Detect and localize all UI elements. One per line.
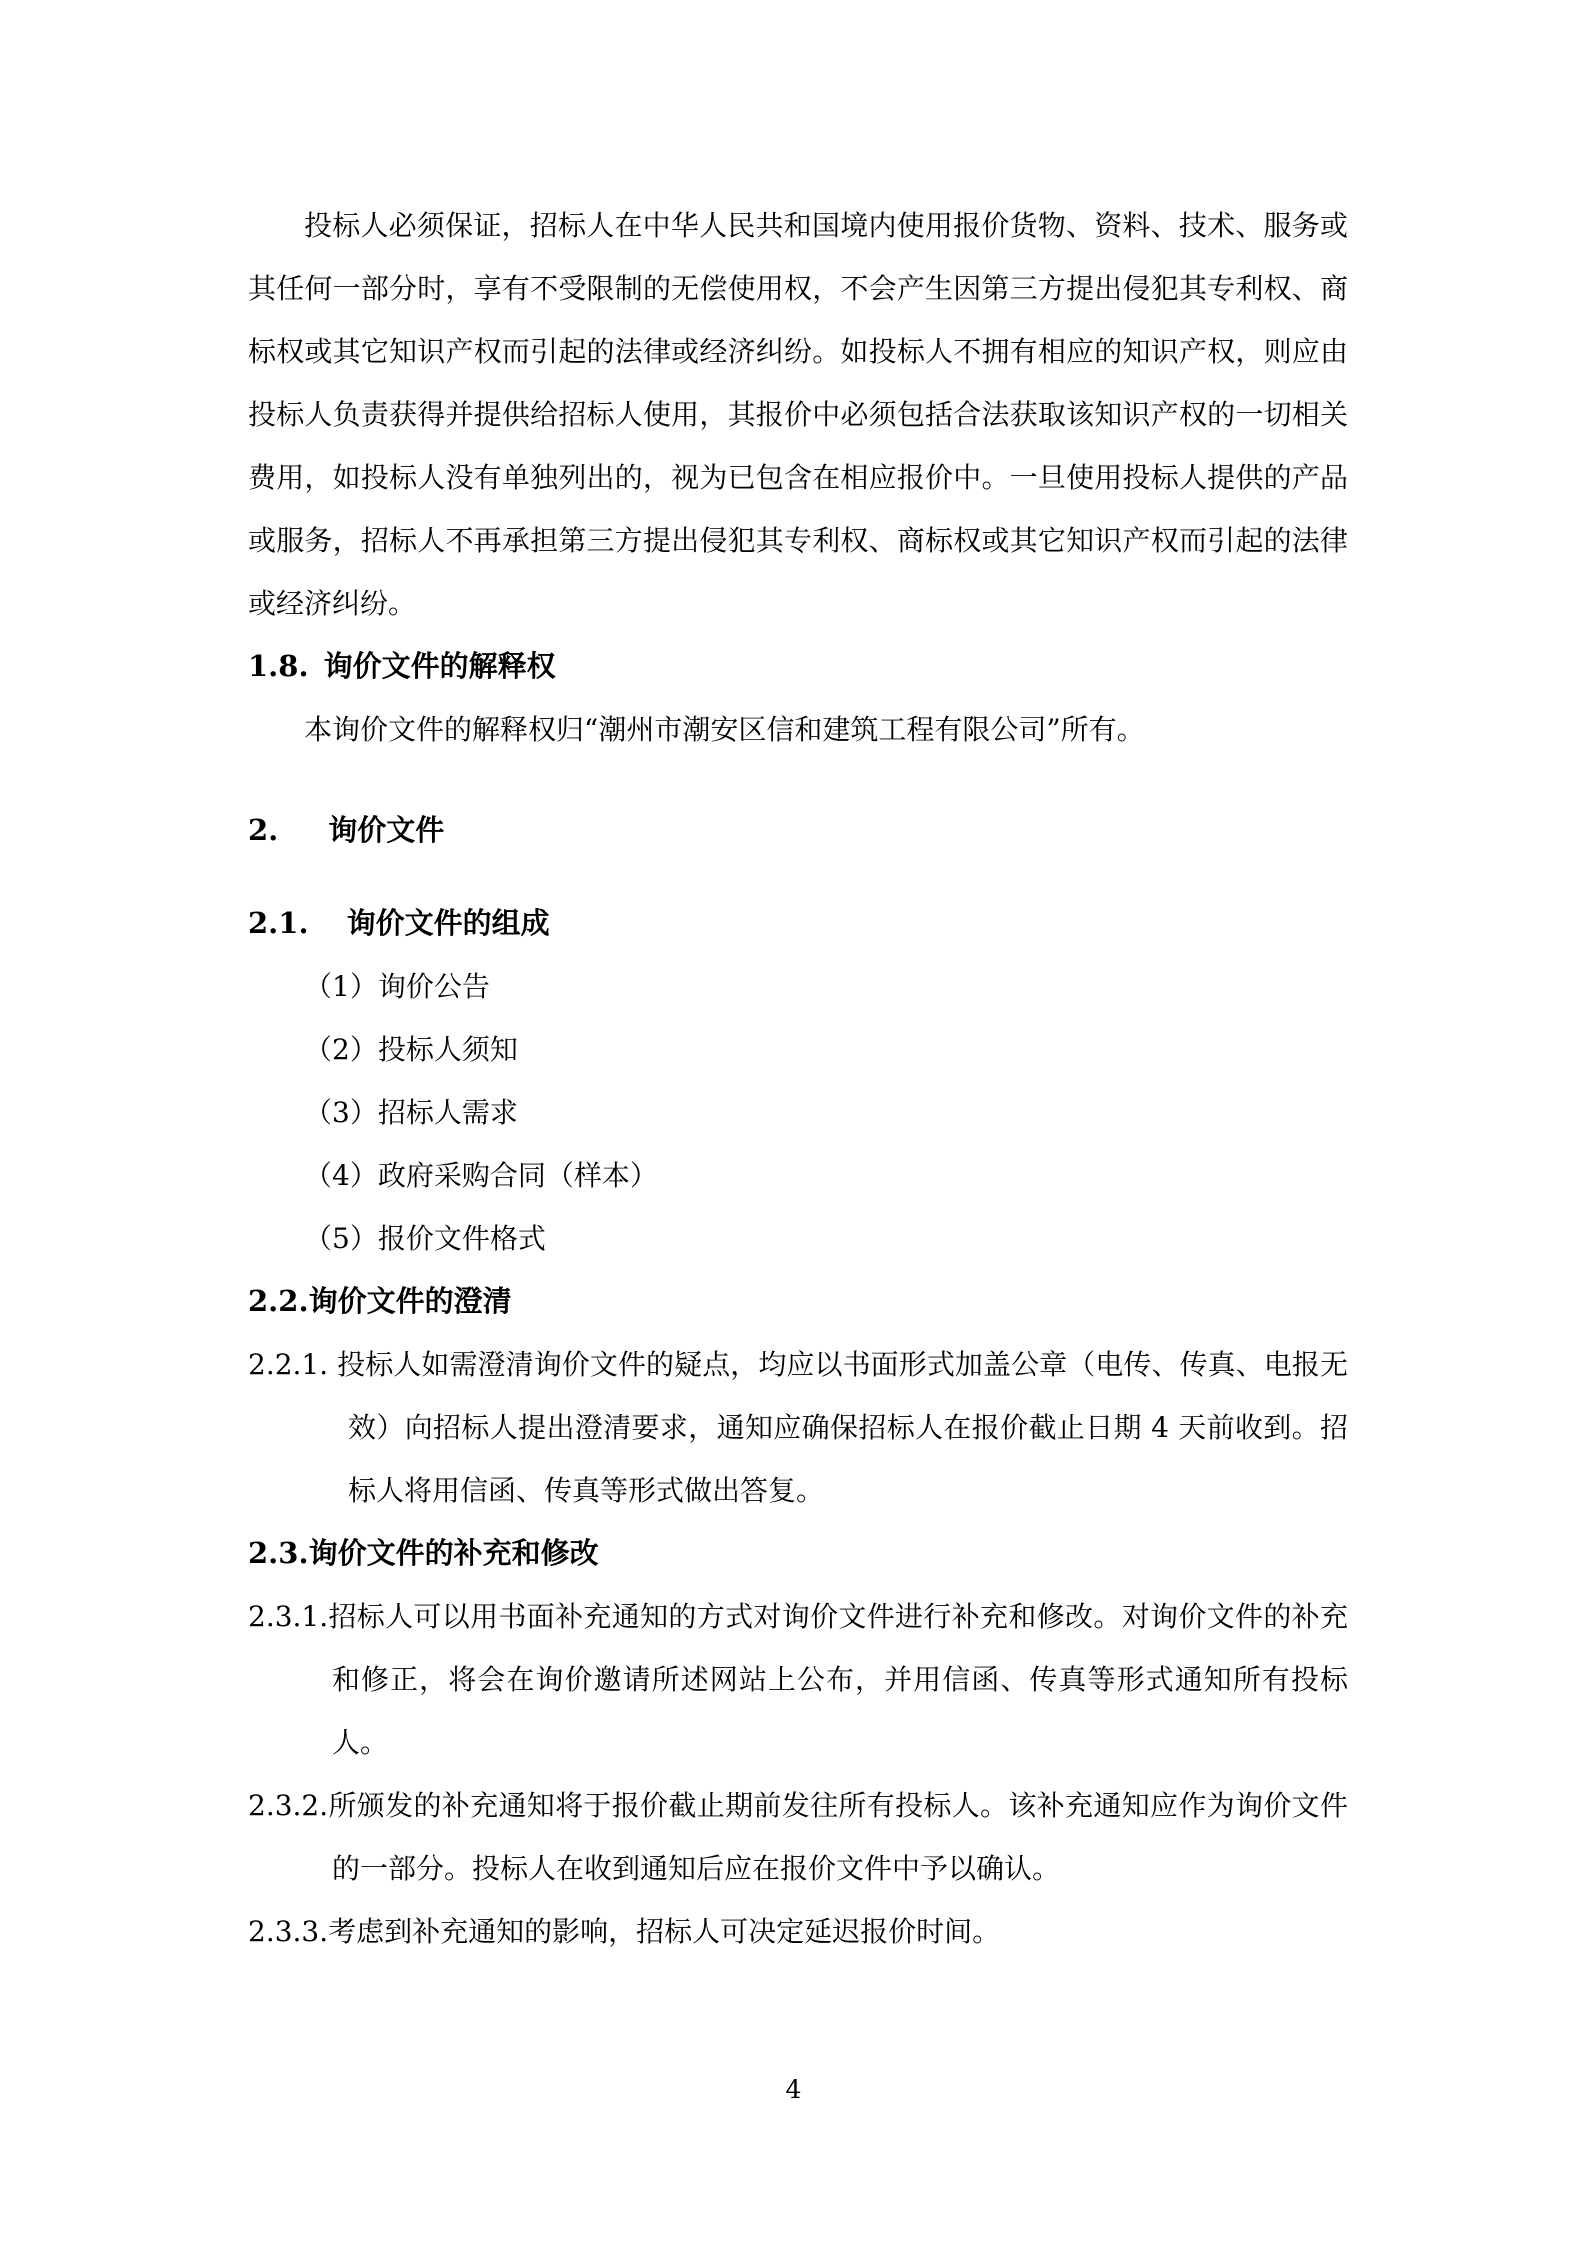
- heading-2-2-number: 2.2.: [248, 1284, 309, 1318]
- clause-2-2-1: 2.2.1. 投标人如需澄清询价文件的疑点，均应以书面形式加盖公章（电传、传真、…: [248, 1333, 1348, 1522]
- heading-2-1-number: 2.1.: [248, 906, 309, 940]
- heading-1-8-title: 询价文件的解释权: [324, 649, 556, 683]
- clause-2-3-3: 2.3.3.考虑到补充通知的影响，招标人可决定延迟报价时间。: [248, 1900, 1348, 1963]
- intro-paragraph: 投标人必须保证，招标人在中华人民共和国境内使用报价货物、资料、技术、服务或其任何…: [248, 194, 1348, 635]
- heading-2-2: 2.2.询价文件的澄清: [248, 1270, 1348, 1333]
- heading-2-1: 2.1.询价文件的组成: [248, 892, 1348, 955]
- heading-1-8-number: 1.8.: [248, 649, 309, 683]
- list-item-inquiry-notice: （1）询价公告: [248, 955, 1348, 1018]
- heading-2: 2.询价文件: [248, 799, 1348, 862]
- paragraph-1-8-body: 本询价文件的解释权归“潮州市潮安区信和建筑工程有限公司”所有。: [248, 698, 1348, 761]
- document-page: 投标人必须保证，招标人在中华人民共和国境内使用报价货物、资料、技术、服务或其任何…: [0, 0, 1587, 2245]
- list-item-bidder-instructions: （2）投标人须知: [248, 1018, 1348, 1081]
- heading-2-1-title: 询价文件的组成: [347, 906, 550, 940]
- clause-2-3-2: 2.3.2.所颁发的补充通知将于报价截止期前发往所有投标人。该补充通知应作为询价…: [248, 1774, 1348, 1900]
- list-item-contract-sample: （4）政府采购合同（样本）: [248, 1144, 1348, 1207]
- document-body: 投标人必须保证，招标人在中华人民共和国境内使用报价货物、资料、技术、服务或其任何…: [248, 194, 1348, 1963]
- heading-2-3: 2.3.询价文件的补充和修改: [248, 1522, 1348, 1585]
- heading-1-8: 1.8.询价文件的解释权: [248, 635, 1348, 698]
- clause-2-3-1: 2.3.1.招标人可以用书面补充通知的方式对询价文件进行补充和修改。对询价文件的…: [248, 1585, 1348, 1774]
- heading-2-number: 2.: [248, 813, 278, 847]
- list-item-quotation-format: （5）报价文件格式: [248, 1207, 1348, 1270]
- heading-2-3-number: 2.3.: [248, 1536, 309, 1570]
- heading-2-title: 询价文件: [328, 813, 444, 847]
- heading-2-2-title: 询价文件的澄清: [309, 1284, 512, 1318]
- page-number: 4: [0, 2070, 1587, 2110]
- heading-2-3-title: 询价文件的补充和修改: [309, 1536, 599, 1570]
- list-item-tenderer-requirements: （3）招标人需求: [248, 1081, 1348, 1144]
